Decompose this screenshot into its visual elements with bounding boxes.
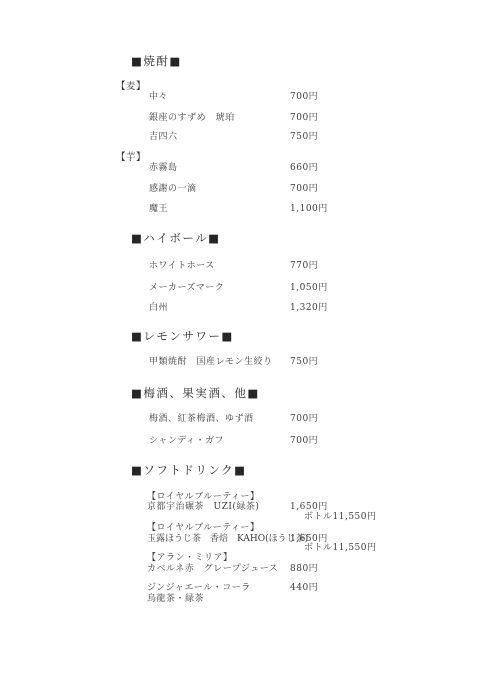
group-label-mugi: 【麦】 [116,81,146,92]
section-title-shochu: ■焼酎■ [131,55,182,68]
item-name: 白州 [149,303,168,314]
item-price: 700円 [290,414,318,425]
section-title-soft-drinks: ■ソフトドリンク■ [131,464,247,477]
item-price: 700円 [290,436,318,447]
item-price: 1,320円 [290,303,328,314]
item-brand: 【ロイヤルブルーティー】 [147,523,260,534]
item-price: 700円 [290,184,318,195]
item-name: 吉四六 [149,132,178,143]
menu-page: ■焼酎■ 【麦】 中々 700円 銀座のすずめ 琥珀 700円 吉四六 750円… [0,0,495,700]
item-price: 750円 [290,357,318,368]
item-name: シャンディ・ガフ [149,436,224,447]
item-price: 1,100円 [290,204,328,215]
item-name: 梅酒、紅茶梅酒、ゆず酒 [149,414,254,425]
item-price: 770円 [290,261,318,272]
item-name: 中々 [149,92,168,103]
item-name: 赤霧島 [149,163,178,174]
item-name: 京都宇治碾茶 UZI(緑茶) [147,502,259,513]
section-title-umeshu: ■梅酒、果実酒、他■ [131,387,260,400]
item-bottle-price: ボトル11,550円 [304,512,377,523]
item-name: ジンジャエール・コーラ [147,583,251,594]
item-price: 1,050円 [290,283,328,294]
item-name: 烏龍茶・緑茶 [147,594,204,605]
item-price: 700円 [290,92,318,103]
item-price: 750円 [290,132,318,143]
item-name: 感謝の一滴 [149,184,197,195]
section-title-lemon-sour: ■レモンサワー■ [131,330,234,343]
item-price: 880円 [290,564,318,575]
item-name: メーカーズマーク [149,283,224,294]
item-name: カベルネ赤 グレープジュース [147,564,278,575]
item-name: 銀座のすずめ 琥珀 [149,113,235,124]
item-price: 440円 [290,583,318,594]
item-price: 700円 [290,113,318,124]
section-title-highball: ■ハイボール■ [131,232,221,245]
item-name: ホワイトホース [149,261,215,272]
item-price: 660円 [290,163,318,174]
group-label-imo: 【芋】 [116,152,146,163]
item-name: 魔王 [149,204,168,215]
item-name: 甲類焼酎 国産レモン生絞り [149,357,273,368]
item-bottle-price: ボトル11,550円 [304,543,377,554]
item-brand: 【アラン・ミリア】 [147,553,233,564]
item-name: 玉露ほうじ茶 香焙 KAHO(ほうじ茶) [147,534,308,545]
